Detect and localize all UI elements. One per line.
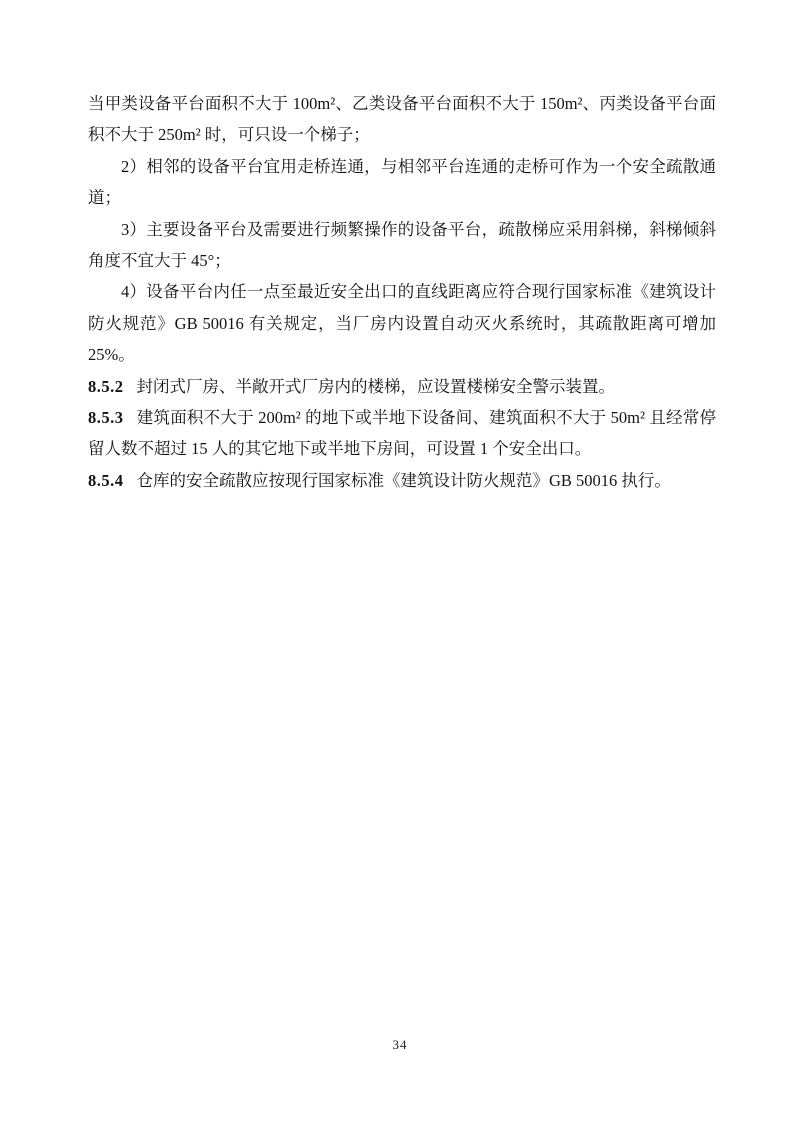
document-page: 当甲类设备平台面积不大于 100m²、乙类设备平台面积不大于 150m²、丙类设… [0, 0, 800, 1131]
clause-text-8-5-4: 仓库的安全疏散应按现行国家标准《建筑设计防火规范》GB 50016 执行。 [137, 471, 671, 490]
document-body: 当甲类设备平台面积不大于 100m²、乙类设备平台面积不大于 150m²、丙类设… [88, 88, 716, 496]
paragraph-continuation: 当甲类设备平台面积不大于 100m²、乙类设备平台面积不大于 150m²、丙类设… [88, 88, 716, 151]
clause-text-8-5-3: 建筑面积不大于 200m² 的地下或半地下设备间、建筑面积不大于 50m² 且经… [88, 408, 716, 458]
clause-8-5-4: 8.5.4仓库的安全疏散应按现行国家标准《建筑设计防火规范》GB 50016 执… [88, 465, 716, 496]
clause-number-8-5-4: 8.5.4 [88, 471, 124, 490]
clause-8-5-3: 8.5.3建筑面积不大于 200m² 的地下或半地下设备间、建筑面积不大于 50… [88, 402, 716, 465]
clause-text-8-5-2: 封闭式厂房、半敞开式厂房内的楼梯，应设置楼梯安全警示装置。 [137, 377, 616, 396]
paragraph-item-2: 2）相邻的设备平台宜用走桥连通，与相邻平台连通的走桥可作为一个安全疏散通道； [88, 151, 716, 214]
paragraph-item-3: 3）主要设备平台及需要进行频繁操作的设备平台，疏散梯应采用斜梯，斜梯倾斜角度不宜… [88, 214, 716, 277]
clause-8-5-2: 8.5.2封闭式厂房、半敞开式厂房内的楼梯，应设置楼梯安全警示装置。 [88, 371, 716, 402]
page-footer: 34 [0, 1036, 800, 1054]
clause-number-8-5-3: 8.5.3 [88, 408, 124, 427]
page-number: 34 [393, 1037, 408, 1052]
clause-number-8-5-2: 8.5.2 [88, 377, 124, 396]
paragraph-item-4: 4）设备平台内任一点至最近安全出口的直线距离应符合现行国家标准《建筑设计防火规范… [88, 276, 716, 370]
